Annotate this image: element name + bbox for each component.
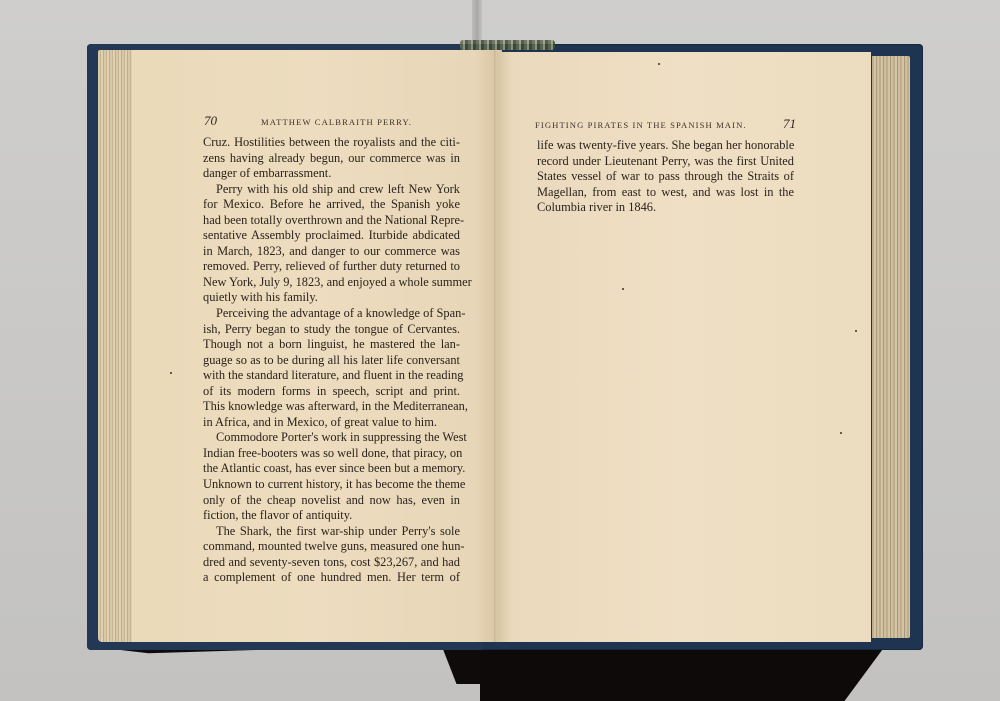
text-line: had been totally overthrown and the Nati…	[203, 213, 460, 229]
text-line: in March, 1823, and danger to our commer…	[203, 244, 460, 260]
text-line: Though not a born linguist, he mastered …	[203, 337, 460, 353]
paper-speck	[855, 330, 857, 332]
text-line: record under Lieutenant Perry, was the f…	[537, 154, 794, 170]
text-line: Columbia river in 1846.	[537, 200, 794, 216]
text-line: zens having already begun, our commerce …	[203, 151, 460, 167]
page-number-left: 70	[204, 113, 217, 129]
text-line: States vessel of war to pass through the…	[537, 169, 794, 185]
page-edges-right	[872, 56, 910, 638]
text-line: in Africa, and in Mexico, of great value…	[203, 415, 460, 431]
text-line: only of the cheap novelist and now has, …	[203, 493, 460, 509]
text-line: with the standard literature, and fluent…	[203, 368, 460, 384]
text-line: quietly with his family.	[203, 290, 460, 306]
paper-speck	[622, 288, 624, 290]
text-line: life was twenty-five years. She began he…	[537, 138, 794, 154]
text-line: Indian free-booters was so well done, th…	[203, 446, 460, 462]
left-page-body: Cruz. Hostilities between the royalists …	[203, 135, 460, 586]
text-line: for Mexico. Before he arrived, the Spani…	[203, 197, 460, 213]
text-line: the Atlantic coast, has ever since been …	[203, 461, 460, 477]
text-line: Unknown to current history, it has becom…	[203, 477, 460, 493]
page-edges-left	[98, 50, 134, 642]
page-number-right: 71	[783, 116, 796, 132]
text-line: Perceiving the advantage of a knowledge …	[203, 306, 460, 322]
text-line: Magellan, from east to west, and was los…	[537, 185, 794, 201]
text-line: The Shark, the first war-ship under Perr…	[203, 524, 460, 540]
text-line: This knowledge was afterward, in the Med…	[203, 399, 460, 415]
text-line: of its modern forms in speech, script an…	[203, 384, 460, 400]
text-line: Commodore Porter's work in suppressing t…	[203, 430, 460, 446]
text-line: ish, Perry began to study the tongue of …	[203, 322, 460, 338]
text-line: a complement of one hundred men. Her ter…	[203, 570, 460, 586]
paper-speck	[170, 372, 172, 374]
right-page: FIGHTING PIRATES IN THE SPANISH MAIN. 71…	[497, 52, 871, 642]
text-line: removed. Perry, relieved of further duty…	[203, 259, 460, 275]
running-head-right: FIGHTING PIRATES IN THE SPANISH MAIN.	[535, 120, 747, 130]
text-line: command, mounted twelve guns, measured o…	[203, 539, 460, 555]
spine-headband	[460, 40, 555, 50]
paper-speck	[840, 432, 842, 434]
paper-speck	[658, 63, 660, 65]
text-line: Cruz. Hostilities between the royalists …	[203, 135, 460, 151]
text-line: Perry with his old ship and crew left Ne…	[203, 182, 460, 198]
text-line: dred and seventy-seven tons, cost $23,26…	[203, 555, 460, 571]
text-line: guage so as to be during all his later l…	[203, 353, 460, 369]
right-page-body: life was twenty-five years. She began he…	[537, 138, 794, 216]
left-page: 70 MATTHEW CALBRAITH PERRY. Cruz. Hostil…	[132, 50, 496, 642]
text-line: fiction, the flavor of antiquity.	[203, 508, 460, 524]
text-line: sentative Assembly proclaimed. Iturbide …	[203, 228, 460, 244]
text-line: New York, July 9, 1823, and enjoyed a wh…	[203, 275, 460, 291]
text-line: danger of embarrassment.	[203, 166, 460, 182]
running-head-left: MATTHEW CALBRAITH PERRY.	[261, 117, 412, 127]
